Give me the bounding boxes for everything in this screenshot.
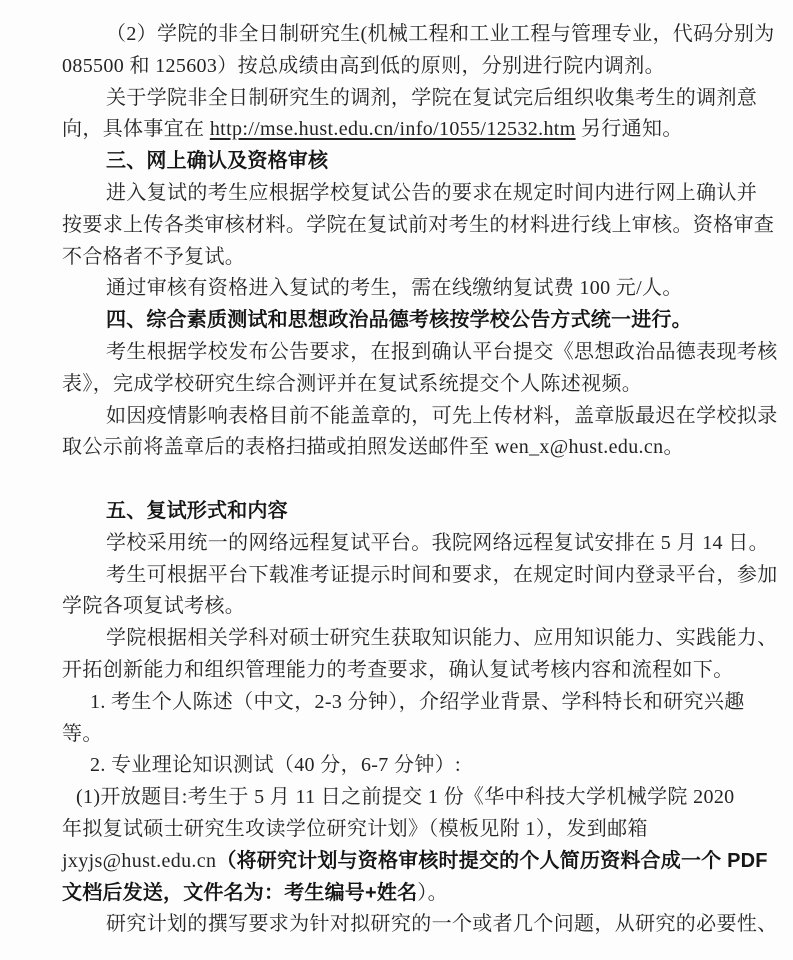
- text-line: 如因疫情影响表格目前不能盖章的，可先上传材料，盖章版最迟在学校拟录: [62, 401, 739, 433]
- bold-text-segment: 文档后发送，文件名为：考生编号+姓名: [62, 882, 417, 904]
- text-segment: 如因疫情影响表格目前不能盖章的，可先上传材料，盖章版最迟在学校拟录: [106, 405, 778, 427]
- text-line: 关于学院非全日制研究生的调剂，学院在复试完后组织收集考生的调剂意: [62, 83, 739, 115]
- text-line: 按要求上传各类审核材料。学院在复试前对考生的材料进行线上审核。资格审查: [62, 210, 739, 242]
- document-page: （2）学院的非全日制研究生(机械工程和工业工程与管理专业，代码分别为085500…: [0, 0, 793, 960]
- section-heading: 四、综合素质测试和思想政治品德考核按学校公告方式统一进行。: [62, 305, 739, 337]
- text-segment: 考生根据学校发布公告要求，在报到确认平台提交《思想政治品德表现考核: [106, 341, 778, 363]
- text-line: 开拓创新能力和组织管理能力的考查要求，确认复试考核内容和流程如下。: [62, 655, 739, 687]
- text-line: 学校采用统一的网络远程复试平台。我院网络远程复试安排在 5 月 14 日。: [62, 528, 739, 560]
- text-segment: 学院各项复试考核。: [62, 595, 245, 617]
- text-line: 进入复试的考生应根据学校复试公告的要求在规定时间内进行网上确认并: [62, 178, 739, 210]
- text-line: 学院各项复试考核。: [62, 591, 739, 623]
- text-line: 085500 和 125603）按总成绩由高到低的原则，分别进行院内调剂。: [62, 51, 739, 83]
- section-heading: 三、网上确认及资格审核: [62, 146, 739, 178]
- text-line: (1)开放题目:考生于 5 月 11 日之前提交 1 份《华中科技大学机械学院 …: [62, 782, 739, 814]
- section-heading: 五、复试形式和内容: [62, 496, 739, 528]
- text-line: 学院根据相关学科对硕士研究生获取知识能力、应用知识能力、实践能力、: [62, 623, 739, 655]
- text-segment: 取公示前将盖章后的表格扫描或拍照发送邮件至 wen_x@hust.edu.cn。: [62, 436, 684, 458]
- text-segment: 关于学院非全日制研究生的调剂，学院在复试完后组织收集考生的调剂意: [106, 87, 757, 109]
- text-segment: 年拟复试硕士研究生攻读学位研究计划》（模板见附 1），发到邮箱: [62, 818, 648, 840]
- text-segment: 学校采用统一的网络远程复试平台。我院网络远程复试安排在 5 月 14 日。: [106, 532, 769, 554]
- text-segment: （2）学院的非全日制研究生(机械工程和工业工程与管理专业，代码分别为: [106, 23, 775, 45]
- text-line: 向，具体事宜在 http://mse.hust.edu.cn/info/1055…: [62, 114, 739, 146]
- text-segment: (1)开放题目:考生于 5 月 11 日之前提交 1 份《华中科技大学机械学院 …: [76, 786, 735, 808]
- text-segment: 2. 专业理论知识测试（40 分，6-7 分钟）:: [90, 754, 461, 776]
- text-line: 文档后发送，文件名为：考生编号+姓名）。: [62, 878, 739, 910]
- text-line: 研究计划的撰写要求为针对拟研究的一个或者几个问题，从研究的必要性、: [62, 909, 739, 941]
- text-segment: 按要求上传各类审核材料。学院在复试前对考生的材料进行线上审核。资格审查: [62, 214, 774, 236]
- text-line: jxyjs@hust.edu.cn（将研究计划与资格审核时提交的个人简历资料合成…: [62, 846, 739, 878]
- text-segment: 学院根据相关学科对硕士研究生获取知识能力、应用知识能力、实践能力、: [106, 627, 778, 649]
- text-segment: ）。: [417, 882, 448, 904]
- text-segment: 进入复试的考生应根据学校复试公告的要求在规定时间内进行网上确认并: [106, 182, 757, 204]
- text-segment: 向，具体事宜在: [62, 118, 210, 140]
- text-line: 1. 考生个人陈述（中文，2-3 分钟），介绍学业背景、学科特长和研究兴趣: [62, 687, 739, 719]
- text-segment: 考生可根据平台下载准考证提示时间和要求，在规定时间内登录平台，参加: [106, 564, 778, 586]
- text-segment: 等。: [62, 723, 103, 745]
- transfer-notice-link[interactable]: http://mse.hust.edu.cn/info/1055/12532.h…: [210, 118, 576, 140]
- text-line: 年拟复试硕士研究生攻读学位研究计划》（模板见附 1），发到邮箱: [62, 814, 739, 846]
- text-line: （2）学院的非全日制研究生(机械工程和工业工程与管理专业，代码分别为: [62, 19, 739, 51]
- text-segment: 四、综合素质测试和思想政治品德考核按学校公告方式统一进行。: [106, 309, 692, 331]
- text-segment: 另行通知。: [576, 118, 683, 140]
- text-line: 等。: [62, 719, 739, 751]
- text-line: 取公示前将盖章后的表格扫描或拍照发送邮件至 wen_x@hust.edu.cn。: [62, 432, 739, 464]
- text-segment: 不合格者不予复试。: [62, 246, 245, 268]
- text-segment: 开拓创新能力和组织管理能力的考查要求，确认复试考核内容和流程如下。: [62, 659, 734, 681]
- text-segment: 五、复试形式和内容: [106, 500, 288, 522]
- text-line: 通过审核有资格进入复试的考生，需在线缴纳复试费 100 元/人。: [62, 273, 739, 305]
- text-segment: 研究计划的撰写要求为针对拟研究的一个或者几个问题，从研究的必要性、: [106, 913, 778, 935]
- text-segment: 通过审核有资格进入复试的考生，需在线缴纳复试费 100 元/人。: [106, 277, 683, 299]
- text-segment: 表》，完成学校研究生综合测评并在复试系统提交个人陈述视频。: [62, 373, 642, 395]
- text-line: 考生可根据平台下载准考证提示时间和要求，在规定时间内登录平台，参加: [62, 560, 739, 592]
- text-line: 2. 专业理论知识测试（40 分，6-7 分钟）:: [62, 750, 739, 782]
- text-segment: 三、网上确认及资格审核: [106, 150, 328, 172]
- text-segment: 085500 和 125603）按总成绩由高到低的原则，分别进行院内调剂。: [62, 55, 665, 77]
- text-segment: 1. 考生个人陈述（中文，2-3 分钟），介绍学业背景、学科特长和研究兴趣: [90, 691, 745, 713]
- text-line: 不合格者不予复试。: [62, 242, 739, 274]
- bold-text-segment: （将研究计划与资格审核时提交的个人简历资料合成一个 PDF: [216, 850, 767, 872]
- text-line: 表》，完成学校研究生综合测评并在复试系统提交个人陈述视频。: [62, 369, 739, 401]
- text-line: 考生根据学校发布公告要求，在报到确认平台提交《思想政治品德表现考核: [62, 337, 739, 369]
- text-segment: jxyjs@hust.edu.cn: [62, 850, 216, 872]
- blank-line: [62, 464, 739, 496]
